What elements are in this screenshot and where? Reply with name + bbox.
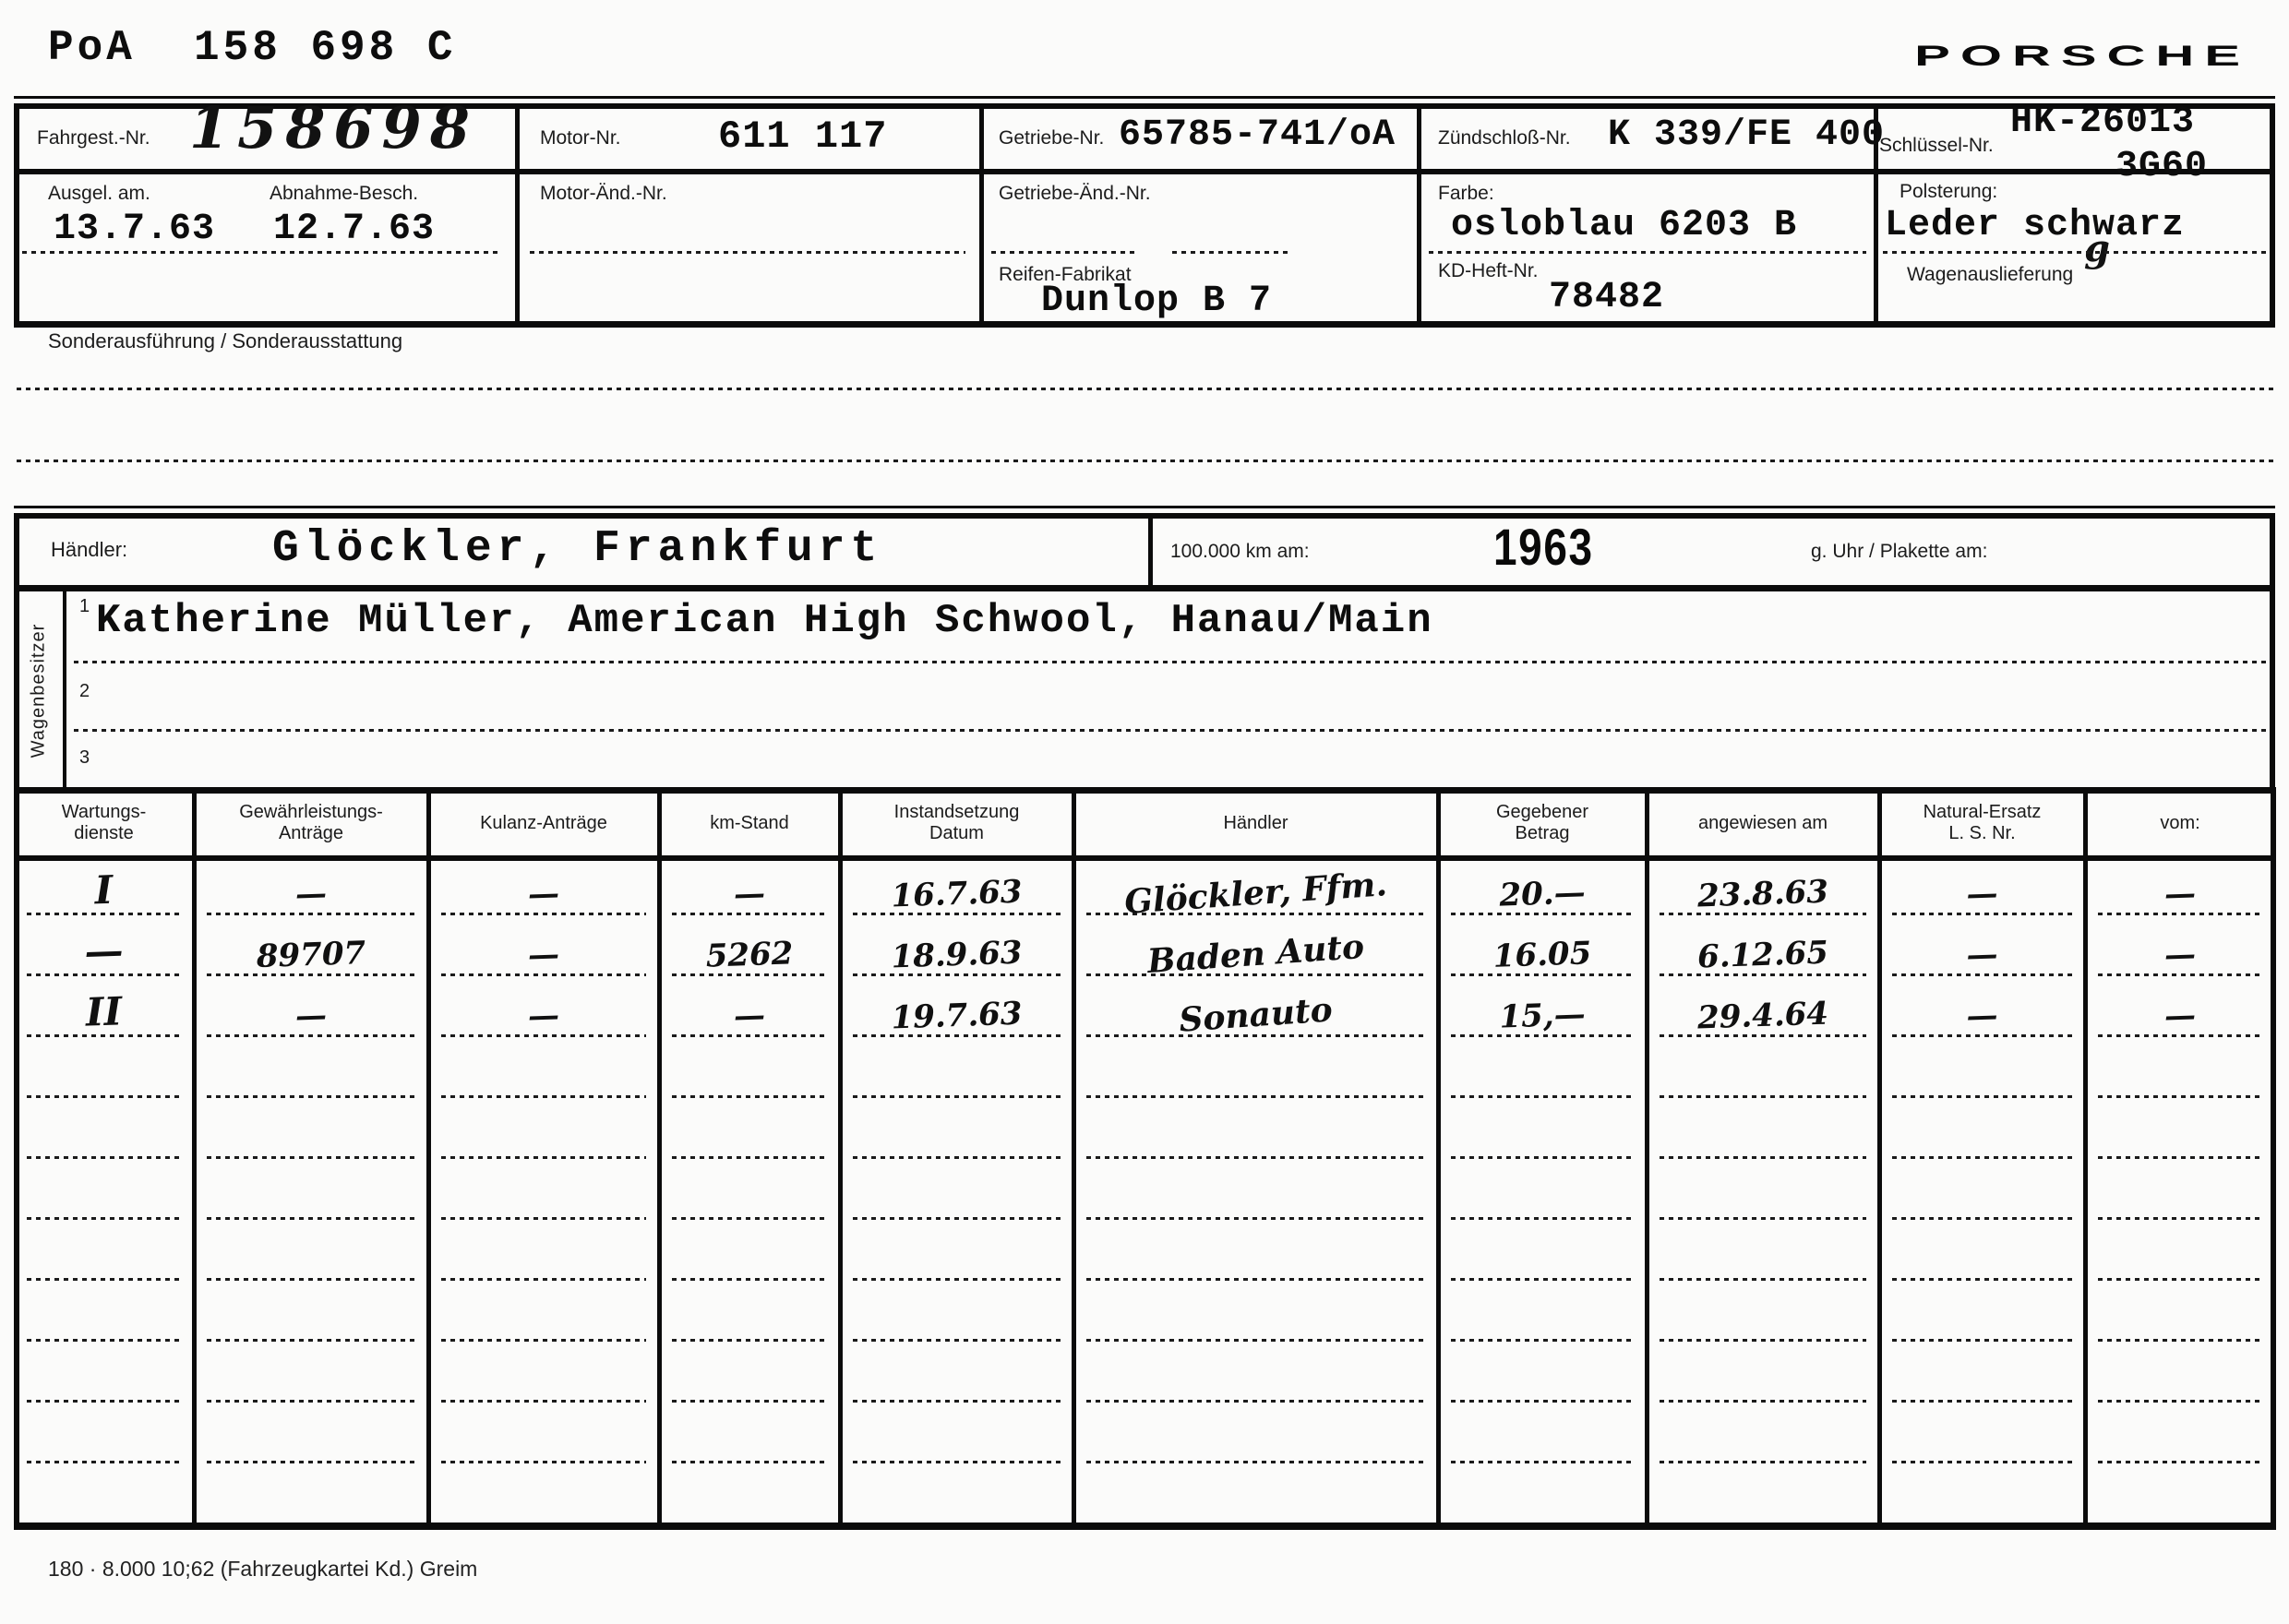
dotted-rule xyxy=(1660,1156,1866,1159)
svc-value-r1-c5: Baden Auto xyxy=(1073,922,1439,985)
dotted-rule xyxy=(672,1156,827,1159)
rule-line xyxy=(2270,513,2275,591)
svc-cell-r9-c0 xyxy=(14,1410,194,1471)
svc-cell-r2-c2: — xyxy=(428,984,659,1045)
svc-cell-r9-c7 xyxy=(1647,1410,1879,1471)
document-number: PoA 158 698 C xyxy=(48,24,456,72)
svc-value-r1-c2: — xyxy=(427,933,659,978)
svc-cell-r1-c2: — xyxy=(428,923,659,984)
motor-nr-label: Motor-Nr. xyxy=(540,127,621,149)
rule-line xyxy=(426,787,431,1530)
service-table-body: I———16.7.63Glöckler, Ffm.20.—23.8.63———8… xyxy=(14,862,2275,1471)
rule-line xyxy=(14,513,2275,519)
dotted-rule xyxy=(1451,1339,1634,1342)
svc-value-r2-c3: — xyxy=(658,995,840,1038)
dotted-rule xyxy=(672,1339,827,1342)
svc-cell-r4-c3 xyxy=(659,1105,840,1166)
dotted-rule xyxy=(1451,1156,1634,1159)
svc-cell-r5-c0 xyxy=(14,1166,194,1227)
svc-cell-r6-c5 xyxy=(1073,1227,1438,1288)
svc-row-6 xyxy=(14,1227,2275,1288)
dotted-rule xyxy=(1451,1095,1634,1098)
ausgeliefert-am-label: Ausgel. am. xyxy=(48,183,150,204)
svc-cell-r0-c1: — xyxy=(194,862,428,923)
dotted-rule xyxy=(853,1400,1061,1403)
dotted-rule xyxy=(27,1217,181,1220)
dotted-rule xyxy=(1892,1156,2072,1159)
reifen-fabrikat-value: Dunlop B 7 xyxy=(1041,281,1272,322)
abnahme-besch-value: 12.7.63 xyxy=(273,209,435,250)
svc-cell-r6-c8 xyxy=(1879,1227,2085,1288)
dotted-rule xyxy=(1086,1339,1425,1342)
svc-cell-r8-c6 xyxy=(1438,1349,1647,1410)
rule-line xyxy=(2083,787,2088,1530)
svc-cell-r3-c6 xyxy=(1438,1045,1647,1105)
dotted-rule xyxy=(27,1278,181,1281)
dotted-rule xyxy=(2098,1095,2262,1098)
getriebe-nr-label: Getriebe-Nr. xyxy=(999,127,1104,149)
rule-line xyxy=(14,169,2275,174)
dotted-rule xyxy=(2098,1400,2262,1403)
dotted-rule xyxy=(74,661,2267,663)
ausgeliefert-am-value: 13.7.63 xyxy=(54,209,215,250)
svc-cell-r0-c6: 20.— xyxy=(1438,862,1647,923)
haendler-label: Händler: xyxy=(51,539,127,561)
svc-value-r0-c2: — xyxy=(427,872,659,917)
svc-cell-r8-c2 xyxy=(428,1349,659,1410)
svc-cell-r0-c0: I xyxy=(14,862,194,923)
rule-line xyxy=(14,787,19,1530)
form-footer-imprint: 180 · 8.000 10;62 (Fahrzeugkartei Kd.) G… xyxy=(48,1558,477,1581)
dotted-rule xyxy=(2098,1461,2262,1463)
svc-row-7 xyxy=(14,1288,2275,1349)
svc-cell-r0-c7: 23.8.63 xyxy=(1647,862,1879,923)
svc-row-2: II———19.7.63Sonauto15,—29.4.64—— xyxy=(14,984,2275,1045)
svc-cell-r8-c0 xyxy=(14,1349,194,1410)
svc-value-r2-c7: 29.4.64 xyxy=(1646,994,1879,1039)
svc-cell-r9-c4 xyxy=(840,1410,1073,1471)
svc-row-3 xyxy=(14,1045,2275,1105)
svc-cell-r4-c6 xyxy=(1438,1105,1647,1166)
dotted-rule xyxy=(207,1095,415,1098)
wagenbesitzer-side-label-text: Wagenbesitzer xyxy=(29,623,50,758)
dotted-rule xyxy=(1660,1095,1866,1098)
svc-col-header-8: Natural-ErsatzL. S. Nr. xyxy=(1879,787,2085,855)
svc-value-r2-c4: 19.7.63 xyxy=(839,994,1073,1039)
dotted-rule xyxy=(207,1217,415,1220)
svc-value-r1-c3: 5262 xyxy=(658,934,840,977)
rule-line xyxy=(14,506,2275,508)
haendler-value: Glöckler, Frankfurt xyxy=(272,524,882,574)
dotted-rule xyxy=(1086,1400,1425,1403)
dotted-rule xyxy=(1086,1278,1425,1281)
owner-index-3: 3 xyxy=(79,747,90,769)
dotted-rule xyxy=(672,1278,827,1281)
svc-value-r1-c8: — xyxy=(1878,933,2085,977)
km-100000-label: 100.000 km am: xyxy=(1170,541,1310,562)
svc-cell-r5-c7 xyxy=(1647,1166,1879,1227)
svc-row-0: I———16.7.63Glöckler, Ffm.20.—23.8.63—— xyxy=(14,862,2275,923)
svc-cell-r1-c4: 18.9.63 xyxy=(840,923,1073,984)
svc-cell-r3-c9 xyxy=(2085,1045,2275,1105)
polsterung-label: Polsterung: xyxy=(1900,181,1997,202)
dotted-rule xyxy=(672,1400,827,1403)
dotted-rule xyxy=(672,1217,827,1220)
svc-cell-r4-c5 xyxy=(1073,1105,1438,1166)
svc-cell-r4-c2 xyxy=(428,1105,659,1166)
svc-cell-r6-c0 xyxy=(14,1227,194,1288)
svc-col-header-2: Kulanz-Anträge xyxy=(428,787,659,855)
polsterung-handwritten-mark: g xyxy=(2084,227,2110,270)
svc-cell-r2-c8: — xyxy=(1879,984,2085,1045)
rule-line xyxy=(14,513,19,591)
abnahme-besch-label: Abnahme-Besch. xyxy=(270,183,418,204)
svc-cell-r2-c5: Sonauto xyxy=(1073,984,1438,1045)
svc-value-r0-c3: — xyxy=(658,873,840,916)
dotted-rule xyxy=(1892,1339,2072,1342)
svc-cell-r3-c3 xyxy=(659,1045,840,1105)
rule-line xyxy=(657,787,662,1530)
svc-cell-r6-c6 xyxy=(1438,1227,1647,1288)
svc-value-r1-c9: — xyxy=(2084,933,2275,976)
svc-cell-r3-c7 xyxy=(1647,1045,1879,1105)
motor-aend-nr-label: Motor-Änd.-Nr. xyxy=(540,183,667,204)
svc-value-r0-c8: — xyxy=(1878,872,2085,916)
wagenauslieferung-label: Wagenauslieferung xyxy=(1907,264,2073,285)
svc-cell-r1-c8: — xyxy=(1879,923,2085,984)
svc-value-r0-c7: 23.8.63 xyxy=(1646,872,1879,917)
rule-line xyxy=(14,321,2275,328)
dotted-rule xyxy=(2098,1278,2262,1281)
dotted-rule xyxy=(17,460,2274,462)
dotted-rule xyxy=(74,729,2267,732)
svc-col-header-3: km-Stand xyxy=(659,787,840,855)
dotted-rule xyxy=(1086,1217,1425,1220)
zuendschloss-nr-label: Zündschloß-Nr. xyxy=(1438,127,1571,149)
fahrgest-nr-value: 158698 xyxy=(189,94,478,161)
dotted-rule xyxy=(441,1217,646,1220)
svc-cell-r9-c3 xyxy=(659,1410,840,1471)
dotted-rule xyxy=(1451,1217,1634,1220)
rule-line xyxy=(1148,513,1153,591)
rule-line xyxy=(2271,787,2276,1530)
sonderausstattung-label: Sonderausführung / Sonderausstattung xyxy=(48,330,402,352)
kd-heft-nr-value: 78482 xyxy=(1549,277,1664,318)
dotted-rule xyxy=(1451,1278,1634,1281)
svc-cell-r3-c0 xyxy=(14,1045,194,1105)
svc-cell-r1-c3: 5262 xyxy=(659,923,840,984)
svc-col-header-9: vom: xyxy=(2085,787,2275,855)
svc-cell-r0-c3: — xyxy=(659,862,840,923)
svc-value-r0-c0: I xyxy=(13,865,195,916)
dotted-rule xyxy=(17,388,2274,390)
owner-name-1: Katherine Müller, American High Schwool,… xyxy=(96,598,1433,644)
rule-line xyxy=(515,103,520,328)
svc-cell-r6-c3 xyxy=(659,1227,840,1288)
svc-cell-r9-c8 xyxy=(1879,1410,2085,1471)
svc-cell-r5-c1 xyxy=(194,1166,428,1227)
dotted-rule xyxy=(991,251,1139,254)
svc-cell-r7-c0 xyxy=(14,1288,194,1349)
dotted-rule xyxy=(2098,1339,2262,1342)
dotted-rule xyxy=(1451,1400,1634,1403)
svc-cell-r9-c9 xyxy=(2085,1410,2275,1471)
dotted-rule xyxy=(27,1461,181,1463)
dotted-rule xyxy=(853,1217,1061,1220)
svc-cell-r8-c1 xyxy=(194,1349,428,1410)
rule-line xyxy=(1417,103,1421,328)
svc-value-r2-c6: 15,— xyxy=(1437,994,1647,1038)
svc-cell-r0-c4: 16.7.63 xyxy=(840,862,1073,923)
svc-cell-r9-c6 xyxy=(1438,1410,1647,1471)
dotted-rule xyxy=(1660,1461,1866,1463)
svc-cell-r3-c8 xyxy=(1879,1045,2085,1105)
dotted-rule xyxy=(1660,1278,1866,1281)
svc-cell-r5-c9 xyxy=(2085,1166,2275,1227)
svc-cell-r0-c2: — xyxy=(428,862,659,923)
dotted-rule xyxy=(1172,251,1292,254)
rule-line xyxy=(14,1522,2275,1530)
dotted-rule xyxy=(853,1278,1061,1281)
dotted-rule xyxy=(207,1339,415,1342)
schluessel-nr-label: Schlüssel-Nr. xyxy=(1879,135,1994,156)
svc-col-header-0: Wartungs-dienste xyxy=(14,787,194,855)
svc-cell-r2-c9: — xyxy=(2085,984,2275,1045)
uhr-plakette-label: g. Uhr / Plakette am: xyxy=(1811,541,1987,562)
svc-cell-r5-c2 xyxy=(428,1166,659,1227)
dotted-rule xyxy=(1660,1339,1866,1342)
svc-value-r0-c5: Glöckler, Ffm. xyxy=(1073,861,1439,925)
dotted-rule xyxy=(27,1339,181,1342)
svc-cell-r1-c1: 89707 xyxy=(194,923,428,984)
svc-cell-r7-c9 xyxy=(2085,1288,2275,1349)
dotted-rule xyxy=(207,1156,415,1159)
svc-cell-r3-c1 xyxy=(194,1045,428,1105)
svc-cell-r5-c3 xyxy=(659,1166,840,1227)
rule-line xyxy=(1645,787,1649,1530)
fahrgest-nr-label: Fahrgest.-Nr. xyxy=(37,127,150,149)
svc-cell-r4-c9 xyxy=(2085,1105,2275,1166)
svc-cell-r1-c6: 16.05 xyxy=(1438,923,1647,984)
rule-line xyxy=(63,591,66,787)
dotted-rule xyxy=(441,1461,646,1463)
svc-row-9 xyxy=(14,1410,2275,1471)
dotted-rule xyxy=(27,1095,181,1098)
dotted-rule xyxy=(27,1400,181,1403)
rule-line xyxy=(14,103,19,328)
svc-cell-r3-c4 xyxy=(840,1045,1073,1105)
wagenbesitzer-side-label: Wagenbesitzer xyxy=(15,592,63,788)
rule-line xyxy=(2270,103,2275,328)
rule-line xyxy=(2270,591,2275,787)
svc-value-r0-c6: 20.— xyxy=(1437,872,1647,916)
svc-col-header-4: InstandsetzungDatum xyxy=(840,787,1073,855)
rule-line xyxy=(979,103,984,328)
svc-value-r2-c5: Sonauto xyxy=(1073,983,1439,1046)
svc-row-5 xyxy=(14,1166,2275,1227)
dotted-rule xyxy=(530,251,965,254)
polsterung-value: Leder schwarz xyxy=(1885,205,2185,246)
svc-cell-r8-c9 xyxy=(2085,1349,2275,1410)
svc-cell-r3-c5 xyxy=(1073,1045,1438,1105)
svc-cell-r7-c1 xyxy=(194,1288,428,1349)
dotted-rule xyxy=(2098,1217,2262,1220)
dotted-rule xyxy=(1451,1461,1634,1463)
svc-cell-r8-c5 xyxy=(1073,1349,1438,1410)
dotted-rule xyxy=(22,251,502,254)
svc-value-r2-c2: — xyxy=(427,994,659,1039)
svc-cell-r2-c3: — xyxy=(659,984,840,1045)
svc-value-r0-c9: — xyxy=(2084,872,2275,915)
svc-cell-r1-c9: — xyxy=(2085,923,2275,984)
svc-row-4 xyxy=(14,1105,2275,1166)
svc-cell-r8-c7 xyxy=(1647,1349,1879,1410)
dotted-rule xyxy=(1429,251,1866,254)
svc-value-r2-c0: II xyxy=(13,986,195,1038)
dotted-rule xyxy=(1086,1156,1425,1159)
svc-cell-r7-c6 xyxy=(1438,1288,1647,1349)
svc-value-r2-c9: — xyxy=(2084,994,2275,1037)
svc-cell-r4-c8 xyxy=(1879,1105,2085,1166)
svc-cell-r9-c1 xyxy=(194,1410,428,1471)
rule-line xyxy=(1436,787,1441,1530)
svc-value-r1-c0: — xyxy=(13,925,195,977)
svc-cell-r7-c7 xyxy=(1647,1288,1879,1349)
dotted-rule xyxy=(1892,1400,2072,1403)
svc-row-8 xyxy=(14,1349,2275,1410)
dotted-rule xyxy=(1892,1095,2072,1098)
svc-value-r1-c1: 89707 xyxy=(193,933,428,978)
km-100000-value-stamp: 1963 xyxy=(1493,517,1594,577)
svc-cell-r2-c4: 19.7.63 xyxy=(840,984,1073,1045)
svc-value-r2-c1: — xyxy=(193,994,428,1039)
dotted-rule xyxy=(2098,1156,2262,1159)
farbe-label: Farbe: xyxy=(1438,183,1494,204)
svc-cell-r7-c3 xyxy=(659,1288,840,1349)
svc-cell-r2-c0: II xyxy=(14,984,194,1045)
svc-cell-r7-c4 xyxy=(840,1288,1073,1349)
svc-cell-r4-c7 xyxy=(1647,1105,1879,1166)
svc-cell-r0-c5: Glöckler, Ffm. xyxy=(1073,862,1438,923)
svc-cell-r4-c4 xyxy=(840,1105,1073,1166)
svc-cell-r6-c7 xyxy=(1647,1227,1879,1288)
dotted-rule xyxy=(207,1400,415,1403)
svc-col-header-1: Gewährleistungs-Anträge xyxy=(194,787,428,855)
dotted-rule xyxy=(853,1156,1061,1159)
dotted-rule xyxy=(1892,1278,2072,1281)
dotted-rule xyxy=(1086,1095,1425,1098)
service-table-header: Wartungs-diensteGewährleistungs-AnträgeK… xyxy=(14,787,2275,855)
svc-cell-r4-c1 xyxy=(194,1105,428,1166)
svc-cell-r6-c9 xyxy=(2085,1227,2275,1288)
rule-line xyxy=(14,585,2275,591)
getriebe-aend-nr-label: Getriebe-Änd.-Nr. xyxy=(999,183,1151,204)
dotted-rule xyxy=(1892,1461,2072,1463)
svc-cell-r0-c9: — xyxy=(2085,862,2275,923)
svc-value-r1-c7: 6.12.65 xyxy=(1646,933,1879,978)
dotted-rule xyxy=(1660,1400,1866,1403)
svc-value-r0-c1: — xyxy=(193,872,428,917)
getriebe-nr-value: 65785-741/oA xyxy=(1119,114,1396,156)
svc-col-header-7: angewiesen am xyxy=(1647,787,1879,855)
svc-cell-r8-c4 xyxy=(840,1349,1073,1410)
svc-cell-r8-c3 xyxy=(659,1349,840,1410)
svc-cell-r6-c2 xyxy=(428,1227,659,1288)
svc-cell-r7-c5 xyxy=(1073,1288,1438,1349)
fahrzeugkarte-sheet: PoA 158 698 C PORSCHE Fahrgest.-Nr. 1586… xyxy=(0,0,2289,1624)
dotted-rule xyxy=(1892,1217,2072,1220)
svc-cell-r4-c0 xyxy=(14,1105,194,1166)
svc-cell-r3-c2 xyxy=(428,1045,659,1105)
svc-cell-r5-c5 xyxy=(1073,1166,1438,1227)
svc-value-r1-c4: 18.9.63 xyxy=(839,933,1073,978)
rule-line xyxy=(1072,787,1076,1530)
dotted-rule xyxy=(441,1400,646,1403)
svc-cell-r7-c2 xyxy=(428,1288,659,1349)
farbe-value: osloblau 6203 B xyxy=(1451,205,1797,246)
owner-index-2: 2 xyxy=(79,681,90,702)
kd-heft-nr-label: KD-Heft-Nr. xyxy=(1438,260,1539,281)
svc-cell-r6-c4 xyxy=(840,1227,1073,1288)
svc-cell-r2-c1: — xyxy=(194,984,428,1045)
schluessel-nr-value2: 3G60 xyxy=(2115,146,2208,187)
svc-row-1: —89707—526218.9.63Baden Auto16.056.12.65… xyxy=(14,923,2275,984)
svc-cell-r2-c7: 29.4.64 xyxy=(1647,984,1879,1045)
svc-cell-r5-c4 xyxy=(840,1166,1073,1227)
svc-col-header-6: GegebenerBetrag xyxy=(1438,787,1647,855)
svc-cell-r8-c8 xyxy=(1879,1349,2085,1410)
svc-cell-r7-c8 xyxy=(1879,1288,2085,1349)
dotted-rule xyxy=(672,1461,827,1463)
dotted-rule xyxy=(207,1461,415,1463)
svc-cell-r0-c8: — xyxy=(1879,862,2085,923)
svc-value-r0-c4: 16.7.63 xyxy=(839,872,1073,917)
svc-value-r1-c6: 16.05 xyxy=(1437,933,1647,977)
schluessel-nr-value: HK-26013 xyxy=(2010,101,2195,143)
dotted-rule xyxy=(441,1095,646,1098)
owner-index-1: 1 xyxy=(79,596,90,617)
dotted-rule xyxy=(441,1339,646,1342)
dotted-rule xyxy=(672,1095,827,1098)
motor-nr-value: 611 117 xyxy=(718,114,887,159)
svc-cell-r9-c5 xyxy=(1073,1410,1438,1471)
zuendschloss-nr-value: K 339/FE 400 xyxy=(1608,114,1885,156)
dotted-rule xyxy=(441,1156,646,1159)
rule-line xyxy=(192,787,197,1530)
dotted-rule xyxy=(1660,1217,1866,1220)
svc-cell-r6-c1 xyxy=(194,1227,428,1288)
dotted-rule xyxy=(1883,251,2267,254)
svc-cell-r1-c0: — xyxy=(14,923,194,984)
dotted-rule xyxy=(853,1095,1061,1098)
dotted-rule xyxy=(1086,1461,1425,1463)
svc-value-r2-c8: — xyxy=(1878,994,2085,1038)
rule-line xyxy=(1877,787,1882,1530)
svc-cell-r9-c2 xyxy=(428,1410,659,1471)
porsche-wordmark: PORSCHE xyxy=(1914,39,2250,73)
svc-cell-r2-c6: 15,— xyxy=(1438,984,1647,1045)
svc-col-header-5: Händler xyxy=(1073,787,1438,855)
svc-cell-r1-c5: Baden Auto xyxy=(1073,923,1438,984)
dotted-rule xyxy=(853,1339,1061,1342)
svc-cell-r5-c8 xyxy=(1879,1166,2085,1227)
dotted-rule xyxy=(441,1278,646,1281)
dotted-rule xyxy=(853,1461,1061,1463)
rule-line xyxy=(838,787,843,1530)
dotted-rule xyxy=(207,1278,415,1281)
svc-cell-r1-c7: 6.12.65 xyxy=(1647,923,1879,984)
svc-cell-r5-c6 xyxy=(1438,1166,1647,1227)
